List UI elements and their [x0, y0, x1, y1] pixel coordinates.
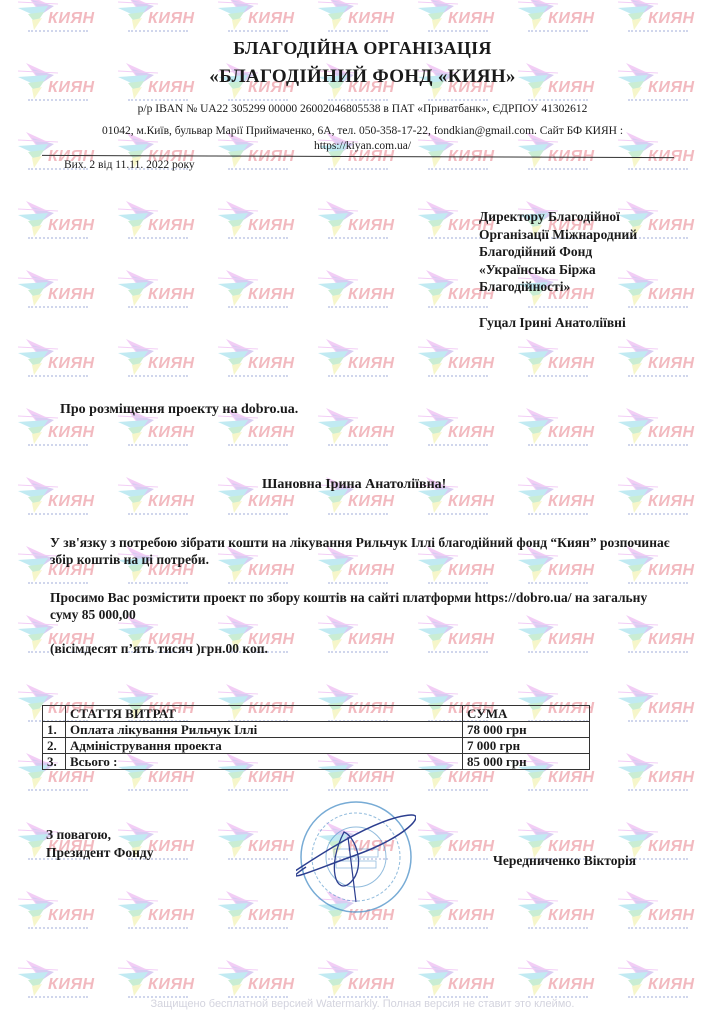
body-paragraph-3: (вісімдесят п’ять тисяч )грн.00 коп.	[50, 640, 670, 657]
row-num: 2.	[43, 738, 66, 754]
row-sum: 7 000 грн	[463, 738, 590, 754]
address-contacts: 01042, м.Київ, бульвар Марії Приймаченко…	[0, 125, 725, 137]
header-sum: СУМА	[463, 706, 590, 722]
row-num: 1.	[43, 722, 66, 738]
body-paragraph-2: Просимо Вас розмістити проект по збору к…	[50, 589, 670, 623]
closing-title: Президент Фонду	[46, 844, 154, 862]
watermark-footer-text: Защищено бесплатной версией Watermarkly.…	[0, 998, 725, 1010]
addressee-line: «Українська Біржа	[479, 261, 637, 279]
outgoing-number: Вих. 2 від 11.11. 2022 року	[64, 159, 195, 171]
addressee-block: Директору Благодійної Організації Міжнар…	[479, 208, 637, 331]
addressee-line: Організації Міжнародний	[479, 226, 637, 244]
closing-block: З повагою, Президент Фонду	[46, 826, 154, 862]
closing-regards: З повагою,	[46, 826, 154, 844]
addressee-name: Гуцал Ірині Анатоліївні	[479, 314, 637, 332]
signer-name: Чередниченко Вікторія	[493, 853, 636, 869]
org-name-heading: «БЛАГОДІЙНИЙ ФОНД «КИЯН»	[0, 66, 725, 88]
table-row: 1. Оплата лікування Рильчук Іллі 78 000 …	[43, 722, 590, 738]
row-sum: 78 000 грн	[463, 722, 590, 738]
header-divider	[42, 155, 674, 158]
org-type-heading: БЛАГОДІЙНА ОРГАНІЗАЦІЯ	[0, 38, 725, 59]
table-row: 3. Всього : 85 000 грн	[43, 754, 590, 770]
letter-subject: Про розміщення проекту на dobro.ua.	[60, 402, 298, 418]
row-item: Всього :	[66, 754, 463, 770]
header-item: СТАТТЯ ВИТРАТ	[66, 706, 463, 722]
body-paragraph-1: У зв'язку з потребою зібрати кошти на лі…	[50, 534, 670, 568]
table-header-row: СТАТТЯ ВИТРАТ СУМА	[43, 706, 590, 722]
row-num: 3.	[43, 754, 66, 770]
official-stamp	[296, 797, 416, 917]
row-item: Оплата лікування Рильчук Іллі	[66, 722, 463, 738]
table-row: 2. Адміністрування проекта 7 000 грн	[43, 738, 590, 754]
costs-table: СТАТТЯ ВИТРАТ СУМА 1. Оплата лікування Р…	[42, 705, 590, 770]
row-item: Адміністрування проекта	[66, 738, 463, 754]
header-num	[43, 706, 66, 722]
website-link: https://kiyan.com.ua/	[0, 140, 725, 152]
row-sum: 85 000 грн	[463, 754, 590, 770]
letter-greeting: Шановна Ірина Анатоліївна!	[262, 477, 446, 493]
addressee-line: Благодійності»	[479, 278, 637, 296]
addressee-line: Благодійний Фонд	[479, 243, 637, 261]
bank-requisites: р/р IBAN № UA22 305299 00000 26002046805…	[0, 103, 725, 115]
stamp-seal-icon	[296, 797, 416, 917]
letter-page: БЛАГОДІЙНА ОРГАНІЗАЦІЯ «БЛАГОДІЙНИЙ ФОНД…	[0, 0, 725, 1024]
addressee-line: Директору Благодійної	[479, 208, 637, 226]
